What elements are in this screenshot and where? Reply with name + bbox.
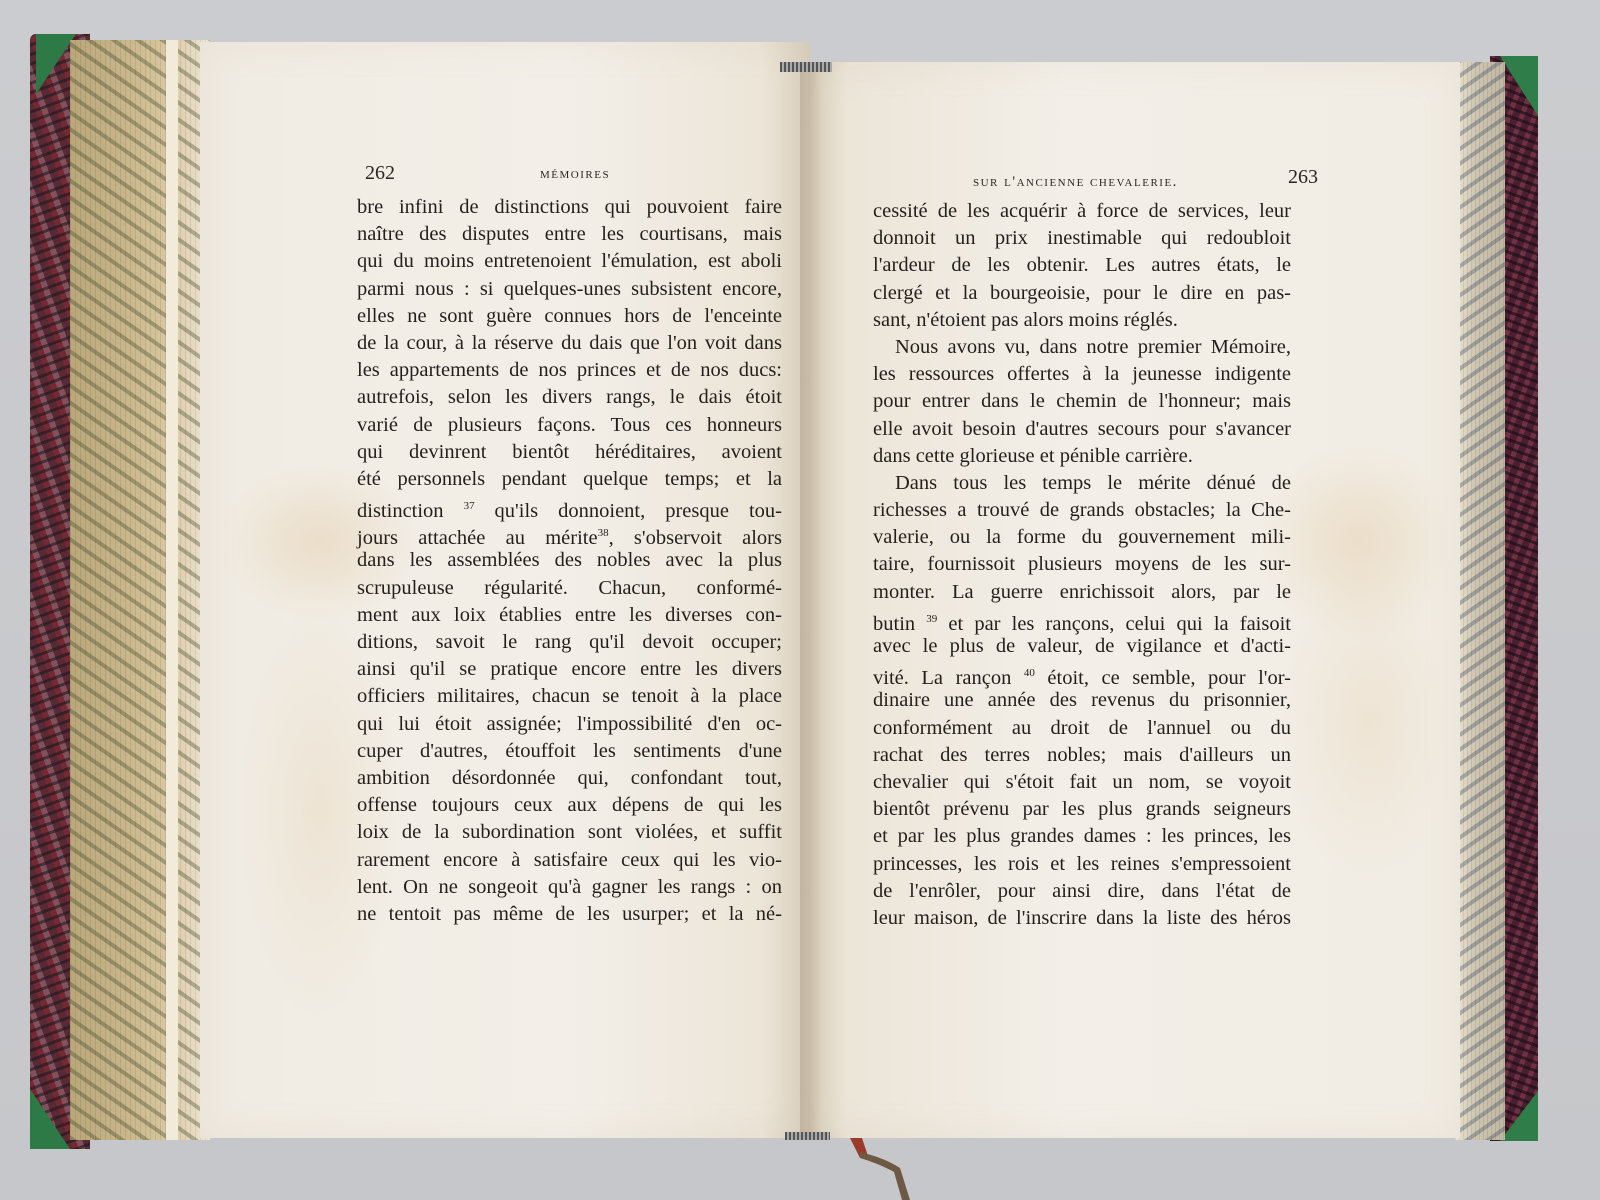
- text-line: butin 39 et par les rançons, celui qui l…: [873, 606, 1291, 633]
- text-line: autrefois, selon les divers rangs, le da…: [357, 384, 782, 411]
- text-line: été personnels pendant quelque temps; et…: [357, 466, 782, 493]
- text-line: leur maison, de l'inscrire dans la liste…: [873, 905, 1291, 932]
- text-line: avec le plus de valeur, de vigilance et …: [873, 633, 1291, 660]
- footnote-ref[interactable]: 39: [926, 613, 937, 625]
- leather-corner-top-right: [1500, 56, 1538, 116]
- text-line: bre infini de distinctions qui pouvoient…: [357, 194, 782, 221]
- text-line: sant, n'étoient pas alors moins réglés.: [873, 307, 1291, 334]
- text-line: loix de la subordination sont violées, e…: [357, 819, 782, 846]
- text-line: princesses, les rois et les reines s'emp…: [873, 851, 1291, 878]
- page-edges-right: [1455, 62, 1505, 1140]
- text-line: conformément au droit de l'annuel ou du: [873, 715, 1291, 742]
- text-line: Nous avons vu, dans notre premier Mémoir…: [873, 334, 1291, 361]
- leather-corner-bottom-left: [30, 1089, 70, 1149]
- text-line: ment aux loix établies entre les diverse…: [357, 602, 782, 629]
- page-number: 263: [1288, 166, 1318, 189]
- footnote-ref[interactable]: 38: [598, 527, 609, 539]
- text-line: ne tentoit pas même de les usurper; et l…: [357, 901, 782, 928]
- text-line: lent. On ne songeoit qu'à gagner les ran…: [357, 874, 782, 901]
- running-head: MÉMOIRES: [540, 166, 610, 183]
- text-line: richesses a trouvé de grands obstacles; …: [873, 497, 1291, 524]
- text-line: qui du moins entretenoient l'émulation, …: [357, 248, 782, 275]
- text-line: dinaire une année des revenus du prisonn…: [873, 687, 1291, 714]
- text-line: chevalier qui s'étoit fait un nom, se vo…: [873, 769, 1291, 796]
- text-line: elles ne sont guère connues hors de l'en…: [357, 303, 782, 330]
- footnote-ref[interactable]: 37: [464, 500, 475, 512]
- text-line: qui lui étoit assignée; l'impossibilité …: [357, 711, 782, 738]
- text-line: scrupuleuse régularité. Chacun, conformé…: [357, 575, 782, 602]
- text-line: parmi nous : si quelques-unes subsistent…: [357, 276, 782, 303]
- text-line: dans les assemblées des nobles avec la p…: [357, 547, 782, 574]
- text-line: les appartements de nos princes et de no…: [357, 357, 782, 384]
- ribbon-bookmark[interactable]: [850, 1138, 920, 1200]
- text-line: vité. La rançon 40 étoit, ce semble, pou…: [873, 660, 1291, 687]
- text-line: qui devinrent bientôt héréditaires, avoi…: [357, 439, 782, 466]
- text-line: rarement encore à satisfaire ceux qui le…: [357, 847, 782, 874]
- text-line: rachat des terres nobles; mais d'ailleur…: [873, 742, 1291, 769]
- text-line: jours attachée au mérite38, s'observoit …: [357, 520, 782, 547]
- text-line: ainsi qu'il se pratique encore entre les…: [357, 656, 782, 683]
- gutter-shadow: [800, 62, 822, 1138]
- text-line: donnoit un prix inestimable qui redoublo…: [873, 225, 1291, 252]
- headband: [780, 62, 832, 72]
- text-line: offense toujours ceux aux dépens de qui …: [357, 792, 782, 819]
- text-line: l'ardeur de les obtenir. Les autres état…: [873, 252, 1291, 279]
- text-line: pour entrer dans le chemin de l'honneur;…: [873, 388, 1291, 415]
- text-line: les ressources offertes à la jeunesse in…: [873, 361, 1291, 388]
- text-line: bientôt prévenu par les plus grands seig…: [873, 796, 1291, 823]
- text-line: de l'enrôler, pour ainsi dire, dans l'ét…: [873, 878, 1291, 905]
- text-line: ditions, savoit le rang qu'il devoit occ…: [357, 629, 782, 656]
- right-page: SUR L'ANCIENNE CHEVALERIE. 263 cessité d…: [808, 62, 1460, 1138]
- text-line: clergé et la bourgeoisie, pour le dire e…: [873, 280, 1291, 307]
- text-line: elle avoit besoin d'autres secours pour …: [873, 416, 1291, 443]
- page-edges-left: [70, 40, 210, 1140]
- text-line: cuper d'autres, étouffoit les sentiments…: [357, 738, 782, 765]
- text-line: varié de plusieurs façons. Tous ces honn…: [357, 412, 782, 439]
- text-line: valerie, ou la forme du gouvernement mil…: [873, 524, 1291, 551]
- leather-corner-bottom-right: [1500, 1091, 1538, 1141]
- text-line: distinction 37 qu'ils donnoient, presque…: [357, 493, 782, 520]
- body-text: bre infini de distinctions qui pouvoient…: [357, 194, 782, 928]
- running-head: SUR L'ANCIENNE CHEVALERIE.: [973, 174, 1178, 191]
- text-line: de la cour, à la réserve du dais que l'o…: [357, 330, 782, 357]
- tailband: [785, 1132, 830, 1140]
- text-line: officiers militaires, chacun se tenoit à…: [357, 683, 782, 710]
- text-line: monter. La guerre enrichissoit alors, pa…: [873, 579, 1291, 606]
- text-line: et par les plus grandes dames : les prin…: [873, 823, 1291, 850]
- text-line: taire, fournissoit plusieurs moyens de l…: [873, 551, 1291, 578]
- text-line: dans cette glorieuse et pénible carrière…: [873, 443, 1291, 470]
- text-line: naître des disputes entre les courtisans…: [357, 221, 782, 248]
- left-page: 262 MÉMOIRES bre infini de distinctions …: [200, 42, 810, 1138]
- text-line: Dans tous les temps le mérite dénué de: [873, 470, 1291, 497]
- text-line: ambition désordonnée qui, confondant tou…: [357, 765, 782, 792]
- text-line: cessité de les acquérir à force de servi…: [873, 198, 1291, 225]
- page-number: 262: [365, 162, 395, 185]
- footnote-ref[interactable]: 40: [1024, 667, 1035, 679]
- body-text: cessité de les acquérir à force de servi…: [873, 198, 1291, 932]
